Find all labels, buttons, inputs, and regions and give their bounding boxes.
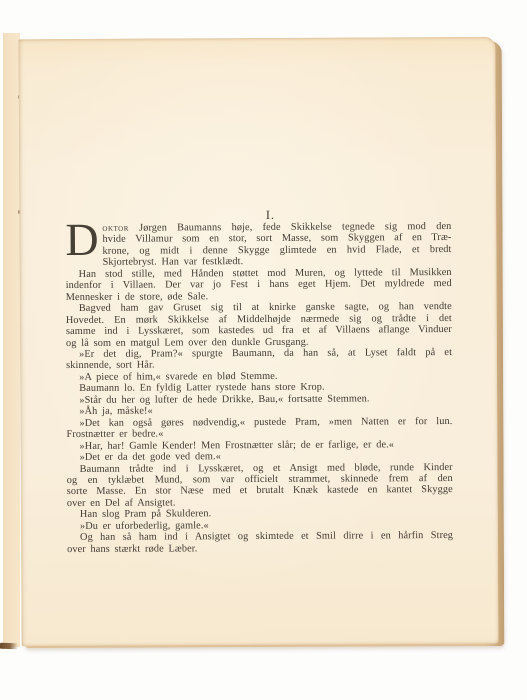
left-pages-fore-edge — [3, 33, 20, 647]
paragraphs: Doktor Jørgen Baumanns høje, fede Skikke… — [65, 221, 453, 555]
text-line: indenfor i Villaen. Der var jo Fest i ha… — [66, 278, 452, 291]
cover-corner-speck — [0, 643, 18, 649]
text-line: samme ind i Lysskæret, som kastedes ud f… — [66, 324, 452, 337]
paragraph: Baumann trådte ind i Lysskæret, og et An… — [67, 462, 453, 510]
drop-cap: D — [65, 223, 102, 258]
paragraph: Bagved ham gav Gruset sig til at knirke … — [66, 301, 452, 349]
paragraph: »Det kan også gøres nødvendig,« pustede … — [66, 416, 452, 441]
paragraph: »Er det dig, Pram?« spurgte Baumann, da … — [66, 347, 452, 372]
text-line: sorte Masse. En stor Næse med et brutalt… — [67, 484, 453, 497]
text-line: »Det kan også gøres nødvendig,« pustede … — [66, 416, 452, 429]
photo-background: I. Doktor Jørgen Baumanns høje, fede Ski… — [0, 0, 527, 700]
small-caps-word: oktor — [102, 223, 129, 234]
paragraph: Doktor Jørgen Baumanns høje, fede Skikke… — [65, 221, 451, 269]
paragraph: Han stod stille, med Hånden støttet mod … — [66, 267, 452, 303]
paragraph: Og han så ham ind i Ansigtet og skimtede… — [67, 530, 453, 555]
text-block: I. Doktor Jørgen Baumanns høje, fede Ski… — [65, 207, 453, 555]
text-line: Og han så ham ind i Ansigtet og skimtede… — [67, 530, 453, 543]
chapter-heading: I. — [77, 207, 463, 223]
book-page: I. Doktor Jørgen Baumanns høje, fede Ski… — [18, 37, 498, 646]
text-line: over hans stærkt røde Læber. — [67, 542, 453, 555]
